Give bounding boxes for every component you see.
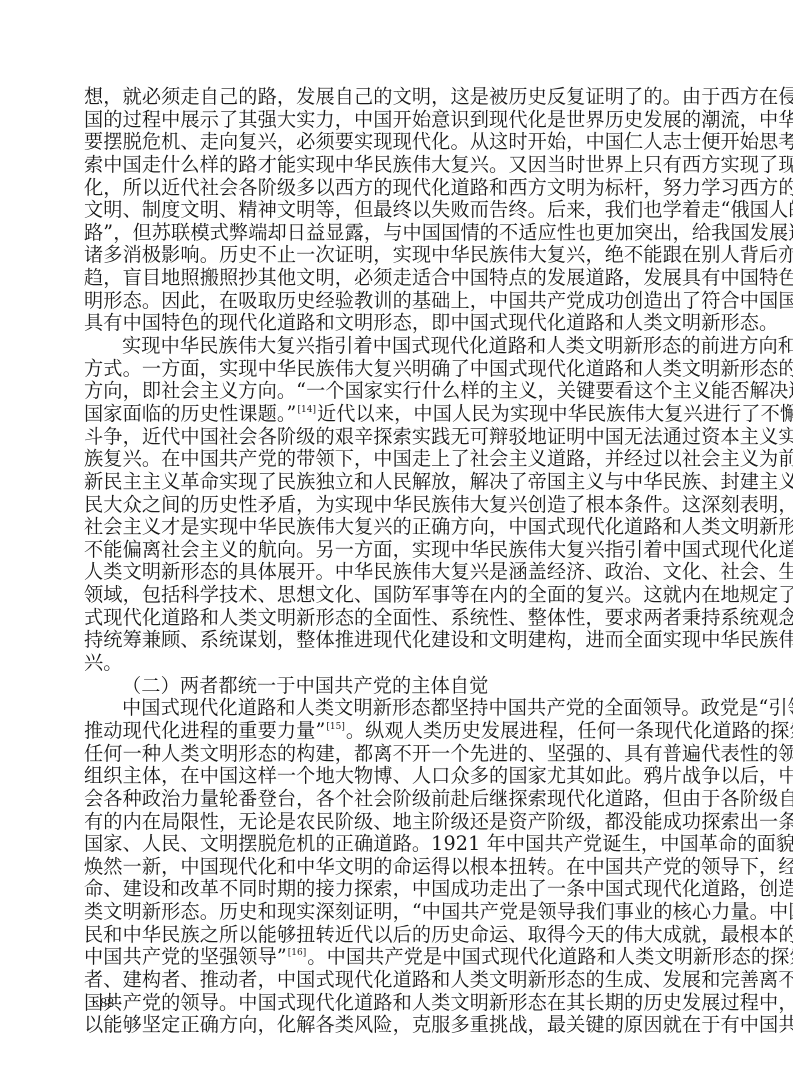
citation-ref: [14]	[297, 405, 315, 415]
text-line: 国家、人民、文明摆脱危机的正确道路。1921 年中国共产党诞生，中国革命的面貌从…	[84, 833, 709, 856]
text-line: 国共产党的领导。中国式现代化道路和人类文明新形态在其长期的历史发展过程中，之所	[84, 992, 709, 1015]
page-number: · 88 ·	[92, 996, 122, 1012]
text-line: 中国式现代化道路和人类文明新形态都坚持中国共产党的全面领导。政党是“引领和	[84, 697, 709, 720]
text-line: 以能够坚定正确方向，化解各类风险，克服多重挑战，最关键的原因就在于有中国共产党	[84, 1014, 709, 1037]
citation-ref: [15]	[326, 722, 344, 732]
text-line: 有的内在局限性，无论是农民阶级、地主阶级还是资产阶级，都没能成功探索出一条能使	[84, 811, 709, 834]
text-span: 中国共产党的坚强领导”	[84, 945, 287, 968]
document-page: 想，就必须走自己的路，发展自己的文明，这是被历史反复证明了的。由于西方在侵略中国…	[84, 86, 709, 1037]
section-heading: （二）两者都统一于中国共产党的主体自觉	[84, 675, 709, 698]
text-line: 民和中华民族之所以能够扭转近代以后的历史命运、取得今天的伟大成就，最根本的是有	[84, 924, 709, 947]
text-line: 兴。	[84, 652, 709, 675]
citation-ref: [16]	[288, 948, 306, 958]
text-line: 组织主体，在中国这样一个地大物博、人口众多的国家尤其如此。鸦片战争以后，中国社	[84, 765, 709, 788]
text-line: 者、建构者、推动者，中国式现代化道路和人类文明新形态的生成、发展和完善离不开中	[84, 969, 709, 992]
text-line: 想，就必须走自己的路，发展自己的文明，这是被历史反复证明了的。由于西方在侵略中	[84, 86, 709, 109]
text-line: 诸多消极影响。历史不止一次证明，实现中华民族伟大复兴，绝不能跟在别人背后亦步亦	[84, 244, 709, 267]
text-line: 社会主义才是实现中华民族伟大复兴的正确方向，中国式现代化道路和人类文明新形态绝	[84, 516, 709, 539]
text-span: 推动现代化进程的重要力量”	[84, 719, 325, 742]
text-line: 新民主主义革命实现了民族独立和人民解放，解决了帝国主义与中华民族、封建主义与人	[84, 471, 709, 494]
text-line: 路”，但苏联模式弊端却日益显露，与中国国情的不适应性也更加突出，给我国发展造成	[84, 222, 709, 245]
text-line: 持统筹兼顾、系统谋划，整体推进现代化建设和文明建构，进而全面实现中华民族伟大复	[84, 629, 709, 652]
text-line: 类文明新形态。历史和现实深刻证明，“中国共产党是领导我们事业的核心力量。中国人	[84, 901, 709, 924]
text-line: 不能偏离社会主义的航向。另一方面，实现中华民族伟大复兴指引着中国式现代化道路和	[84, 539, 709, 562]
text-line: 趋，盲目地照搬照抄其他文明，必须走适合中国特点的发展道路，发展具有中国特色的文	[84, 267, 709, 290]
text-line: 实现中华民族伟大复兴指引着中国式现代化道路和人类文明新形态的前进方向和展开	[84, 335, 709, 358]
text-line: 族复兴。在中国共产党的带领下，中国走上了社会主义道路，并经过以社会主义为前途的	[84, 448, 709, 471]
text-line: 式现代化道路和人类文明新形态的全面性、系统性、整体性，要求两者秉持系统观念，坚	[84, 607, 709, 630]
text-line: 焕然一新，中国现代化和中华文明的命运得以根本扭转。在中国共产党的领导下，经过革	[84, 856, 709, 879]
text-line: 要摆脱危机、走向复兴，必须要实现现代化。从这时开始，中国仁人志士便开始思考和探	[84, 131, 709, 154]
text-line: 方向，即社会主义方向。“一个国家实行什么样的主义，关键要看这个主义能否解决这个	[84, 380, 709, 403]
text-line: 领域，包括科学技术、思想文化、国防军事等在内的全面的复兴。这就内在地规定了中国	[84, 584, 709, 607]
text-line: 化，所以近代社会各阶级多以西方的现代化道路和西方文明为标杆，努力学习西方的物质	[84, 177, 709, 200]
text-line: 具有中国特色的现代化道路和文明形态，即中国式现代化道路和人类文明新形态。	[84, 312, 709, 335]
text-span: 近代以来，中国人民为实现中华民族伟大复兴进行了不懈的	[317, 402, 793, 425]
text-span: 国家面临的历史性课题。”	[84, 402, 296, 425]
text-line: 斗争，近代中国社会各阶级的艰辛探索实践无可辩驳地证明中国无法通过资本主义实现民	[84, 426, 709, 449]
text-line: 索中国走什么样的路才能实现中华民族伟大复兴。又因当时世界上只有西方实现了现代	[84, 154, 709, 177]
text-line: 方式。一方面，实现中华民族伟大复兴明确了中国式现代化道路和人类文明新形态的前进	[84, 358, 709, 381]
text-line: 任何一种人类文明形态的构建，都离不开一个先进的、坚强的、具有普遍代表性的领导和	[84, 743, 709, 766]
text-line: 明形态。因此，在吸取历史经验教训的基础上，中国共产党成功创造出了符合中国国情、	[84, 290, 709, 313]
text-line: 人类文明新形态的具体展开。中华民族伟大复兴是涵盖经济、政治、文化、社会、生态等	[84, 561, 709, 584]
text-span: 。纵观人类历史发展进程，任何一条现代化道路的探索，	[346, 719, 793, 742]
text-line: 命、建设和改革不同时期的接力探索，中国成功走出了一条中国式现代化道路，创造了人	[84, 878, 709, 901]
text-line: 会各种政治力量轮番登台，各个社会阶级前赴后继探索现代化道路，但由于各阶级自身具	[84, 788, 709, 811]
text-span: 。中国共产党是中国式现代化道路和人类文明新形态的探索	[307, 945, 793, 968]
text-line: 推动现代化进程的重要力量”[15]。纵观人类历史发展进程，任何一条现代化道路的探…	[84, 720, 709, 743]
text-line: 国的过程中展示了其强大实力，中国开始意识到现代化是世界历史发展的潮流，中华民族	[84, 109, 709, 132]
text-line: 中国共产党的坚强领导”[16]。中国共产党是中国式现代化道路和人类文明新形态的探…	[84, 946, 709, 969]
text-line: 民大众之间的历史性矛盾，为实现中华民族伟大复兴创造了根本条件。这深刻表明，只有	[84, 494, 709, 517]
text-line: 文明、制度文明、精神文明等，但最终以失败而告终。后来，我们也学着走“俄国人的	[84, 199, 709, 222]
text-line: 国家面临的历史性课题。”[14]近代以来，中国人民为实现中华民族伟大复兴进行了不…	[84, 403, 709, 426]
